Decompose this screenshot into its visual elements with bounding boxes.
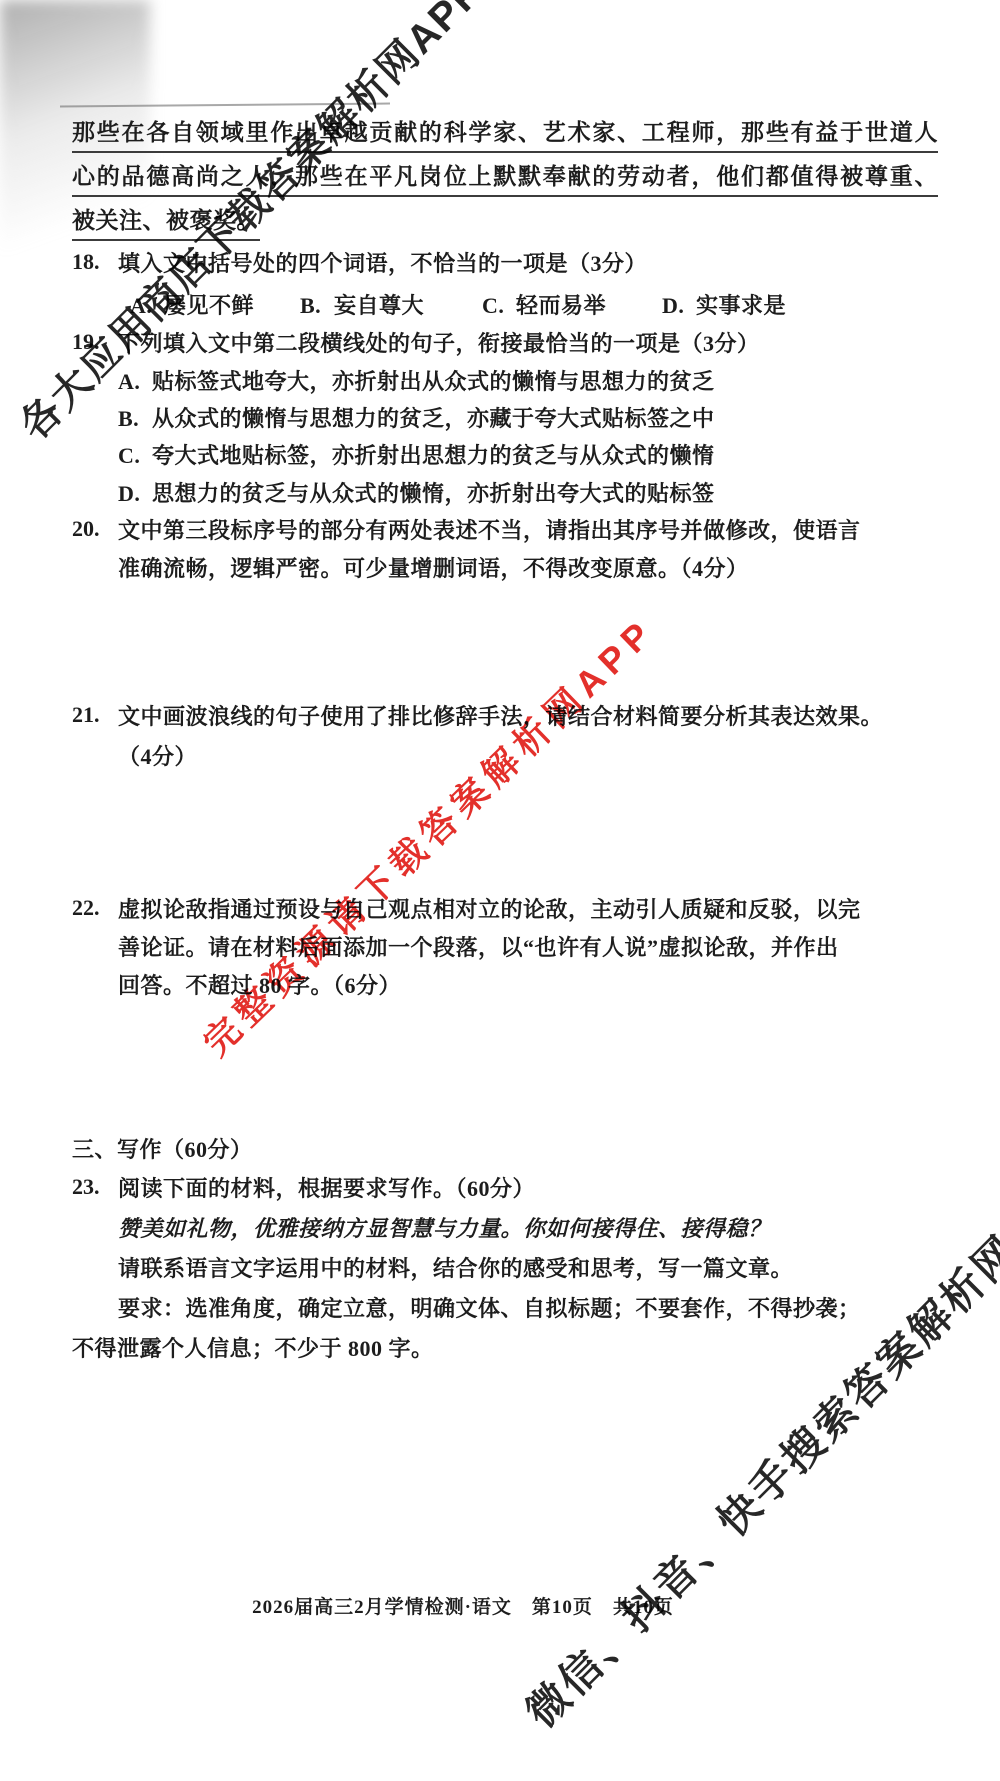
option-c: C.轻而易举	[482, 291, 606, 321]
question-23-stem: 阅读下面的材料，根据要求写作。（60分）	[118, 1174, 535, 1204]
exam-page: { "page": { "footer": "2026届高三2月学情检测·语文 …	[0, 0, 1000, 1781]
question-22-line: 虚拟论敌指通过预设与自己观点相对立的论敌，主动引人质疑和反驳，以完	[118, 895, 861, 925]
option-b-label: B.	[300, 291, 334, 321]
question-19-option-c: C.夸大式地贴标签，亦折射出思想力的贫乏与从众式的懒惰	[118, 441, 715, 471]
question-22-number: 22.	[72, 895, 100, 921]
option-d-text: 实事求是	[696, 293, 786, 318]
option-a-text: 贴标签式地夸大，亦折射出从众式的懒惰与思想力的贫乏	[152, 369, 715, 394]
question-22-line: 善论证。请在材料后面添加一个段落，以“也许有人说”虚拟论敌，并作出	[118, 933, 839, 963]
question-19-number: 19.	[72, 329, 100, 355]
option-b: B.妄自尊大	[300, 291, 424, 321]
option-b-text: 从众式的懒惰与思想力的贫乏，亦藏于夸大式贴标签之中	[152, 406, 715, 431]
option-a-label: A.	[130, 291, 164, 321]
question-22-line: 回答。不超过 80 字。（6分）	[118, 971, 401, 1001]
question-19-option-d: D.思想力的贫乏与从众式的懒惰，亦折射出夸大式的贴标签	[118, 479, 715, 509]
option-c-text: 轻而易举	[516, 293, 606, 318]
question-23-number: 23.	[72, 1174, 100, 1200]
section-heading: 三、写作（60分）	[72, 1135, 253, 1165]
option-b-text: 妄自尊大	[334, 293, 424, 318]
question-20-number: 20.	[72, 516, 100, 542]
option-d-label: D.	[662, 291, 696, 321]
passage-line: 心的品德高尚之人，那些在平凡岗位上默默奉献的劳动者，他们都值得被尊重、	[72, 158, 938, 191]
essay-requirement-line: 不得泄露个人信息；不少于 800 字。	[72, 1334, 434, 1364]
passage-line: 被关注、被褒奖。	[72, 202, 938, 235]
passage-line: 那些在各自领域里作出卓越贡献的科学家、艺术家、工程师，那些有益于世道人	[72, 114, 938, 147]
question-21-line: 文中画波浪线的句子使用了排比修辞手法，请结合材料简要分析其表达效果。	[118, 702, 883, 732]
question-19-option-b: B.从众式的懒惰与思想力的贫乏，亦藏于夸大式贴标签之中	[118, 404, 715, 434]
question-20-line: 准确流畅，逻辑严密。可少量增删词语，不得改变原意。（4分）	[118, 554, 749, 584]
question-18-options: A.屡见不鲜 B.妄自尊大 C.轻而易举 D.实事求是	[130, 291, 960, 323]
option-a-label: A.	[118, 367, 152, 397]
option-d-label: D.	[118, 479, 152, 509]
option-d: D.实事求是	[662, 291, 786, 321]
question-18-number: 18.	[72, 249, 100, 275]
option-c-text: 夸大式地贴标签，亦折射出思想力的贫乏与从众式的懒惰	[152, 443, 715, 468]
essay-requirement-line: 要求：选准角度，确定立意，明确文体、自拟标题；不要套作，不得抄袭；	[118, 1294, 861, 1324]
question-21-line: （4分）	[118, 742, 197, 772]
option-a: A.屡见不鲜	[130, 291, 254, 321]
question-19-stem: 下列填入文中第二段横线处的句子，衔接最恰当的一项是（3分）	[118, 329, 760, 359]
option-c-label: C.	[482, 291, 516, 321]
question-19-option-a: A.贴标签式地夸大，亦折射出从众式的懒惰与思想力的贫乏	[118, 367, 715, 397]
essay-material: 赞美如礼物，优雅接纳方显智慧与力量。你如何接得住、接得稳？	[118, 1214, 771, 1244]
option-d-text: 思想力的贫乏与从众式的懒惰，亦折射出夸大式的贴标签	[152, 481, 715, 506]
question-18-stem: 填入文中括号处的四个词语，不恰当的一项是（3分）	[118, 249, 647, 279]
essay-instruction: 请联系语言文字运用中的材料，结合你的感受和思考，写一篇文章。	[118, 1254, 793, 1284]
option-a-text: 屡见不鲜	[164, 293, 254, 318]
page-footer: 2026届高三2月学情检测·语文 第10页 共10页	[0, 1592, 926, 1619]
question-20-line: 文中第三段标序号的部分有两处表述不当，请指出其序号并做修改，使语言	[118, 516, 861, 546]
stray-underline-artifact	[60, 103, 390, 108]
question-21-number: 21.	[72, 702, 100, 728]
option-c-label: C.	[118, 441, 152, 471]
option-b-label: B.	[118, 404, 152, 434]
